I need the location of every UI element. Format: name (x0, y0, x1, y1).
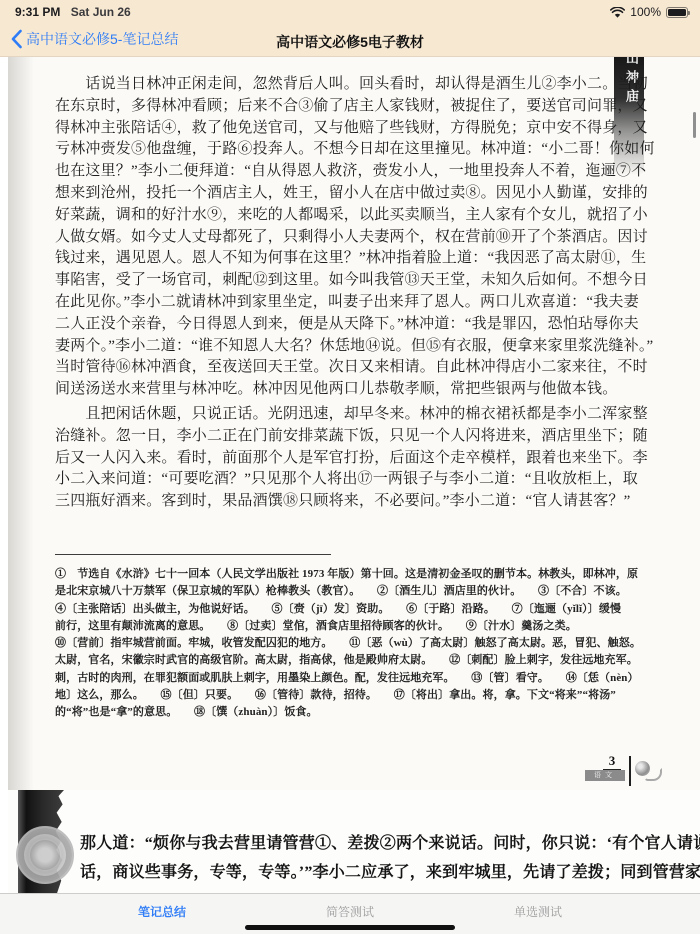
page-title: 高中语文必修5电子教材 (0, 32, 700, 52)
text-line: 话说当日林冲正闲走间，忽然背后人叫。回头看时，却认得是酒生儿②李小二。当初 (55, 74, 655, 96)
battery-percent: 100% (630, 5, 661, 19)
status-left: 9:31 PM Sat Jun 26 (15, 5, 131, 19)
circular-seal-icon (16, 826, 74, 884)
text-line: 三四瓶好酒来。客到时，果品酒馔⑱只顾将来，不必要问。”李小二道：“官人请甚客？” (55, 491, 655, 513)
footnote-line: ① 节选自《水浒》七十一回本（人民文学出版社 1973 年版）第十回。这是清初金… (55, 566, 661, 583)
tab-list: 笔记总结简答测试单选测试 (68, 894, 632, 928)
text-line: 小二入来问道：“可要吃酒？”只见那个人将出⑰一两银子与李小二道：“且收放柜上，取 (55, 469, 655, 491)
page-number: 3 (603, 753, 621, 770)
text-line: 话，商议些事务，专等，专等。’”李小二应承了，来到牢城里，先请了差拨；同到管营家 (80, 859, 680, 888)
text-line: 想来到沧州，投托一个酒店主人，姓王，留小人在店中做过卖⑧。因见小人勤谨，安排的 (55, 183, 655, 205)
text-line: 二人正没个亲眷，今日得恩人到来，便是从天降下。”林冲道：“我是罪囚，恐怕玷辱你夫 (55, 314, 655, 336)
text-line: 当时管待⑯林冲酒食，至夜送回天王堂。次日又来相请。自此林冲得店小二家来往，不时 (55, 357, 655, 379)
footnote-line: 前行，这里有颠沛流离的意思。 ⑧〔过卖〕堂倌，酒食店里招待顾客的伙计。 ⑨〔汁水… (55, 618, 661, 635)
navigation-bar: 高中语文必修5-笔记总结 高中语文必修5电子教材 (0, 24, 700, 57)
main-text-block: 话说当日林冲正闲走间，忽然背后人叫。回头看时，却认得是酒生儿②李小二。当初在东京… (55, 74, 655, 513)
text-line: 间送汤送水来营里与林冲吃。林冲因见他两口儿恭敬孝顺，常把些银两与他做本钱。 (55, 379, 655, 401)
text-line: 且把闲话休题，只说正话。光阴迅速，却早冬来。林冲的棉衣裙袄都是李小二浑家整 (55, 404, 655, 426)
tab-item[interactable]: 简答测试 (256, 894, 444, 928)
footnote-line: ⑩〔营前〕指牢城营前面。牢城，收管发配囚犯的地方。 ⑪〔恶（wù）了高太尉〕触怒… (55, 635, 661, 652)
paragraph-2: 且把闲话休题，只说正话。光阴迅速，却早冬来。林冲的棉衣裙袄都是李小二浑家整治缝补… (55, 404, 655, 513)
text-line: 后又一人闪入来。看时，前面那个人是军官打扮，后面这个走卒模样，跟着也来坐下。李 (55, 448, 655, 470)
subject-label: 语文 (585, 770, 625, 781)
document-viewport[interactable]: 山神庙 话说当日林冲正闲走间，忽然背后人叫。回头看时，却认得是酒生儿②李小二。当… (0, 57, 700, 893)
text-line: 在东京时，多得林冲看顾；后来不合③偷了店主人家钱财，被捉住了，要送官司问罪，又 (55, 96, 655, 118)
footnote-line: 的“将”也是“拿”的意思。 ⑱〔馔（zhuàn）〕饭食。 (55, 704, 661, 721)
text-line: 那人道：“烦你与我去营里请管营①、差拨②两个来说话。问时，你只说：‘有个官人请说 (80, 830, 680, 859)
tab-item[interactable]: 单选测试 (444, 894, 632, 928)
page-footer: 3 语文 (583, 753, 667, 791)
text-line: 妻两个。”李小二道：“谁不知恩人大名？休恁地⑭说。但⑮有衣服，便拿来家里浆洗缝补… (55, 336, 655, 358)
page2-text-block: 那人道：“烦你与我去营里请管营①、差拨②两个来说话。问时，你只说：‘有个官人请说… (80, 830, 680, 887)
clock: 9:31 PM (15, 5, 60, 19)
tab-item[interactable]: 笔记总结 (68, 894, 256, 928)
scrollbar-thumb[interactable] (693, 112, 696, 138)
textbook-page-1: 山神庙 话说当日林冲正闲走间，忽然背后人叫。回头看时，却认得是酒生儿②李小二。当… (8, 57, 700, 790)
paragraph-1: 话说当日林冲正闲走间，忽然背后人叫。回头看时，却认得是酒生儿②李小二。当初在东京… (55, 74, 655, 401)
footnote-divider (55, 554, 331, 555)
publisher-logo-icon (635, 761, 659, 778)
text-line: 人做女婿。如今丈人丈母都死了，只剩得小人夫妻两个，权在营前⑩开了个茶酒店。因讨 (55, 227, 655, 249)
tab-bar: 笔记总结简答测试单选测试 (0, 893, 700, 934)
app-screen: 9:31 PM Sat Jun 26 100% 高中语文必 (0, 0, 700, 934)
text-line: 钱过来，遇见恩人。恩人不知为何事在这里？”林冲指着脸上道：“我因恶了高太尉⑪，生 (55, 248, 655, 270)
textbook-page-2: 那人道：“烦你与我去营里请管营①、差拨②两个来说话。问时，你只说：‘有个官人请说… (8, 790, 700, 893)
status-date: Sat Jun 26 (71, 5, 131, 19)
text-line: 也在这里？”李小二便拜道：“自从得恩人救济，赍发小人，一地里投奔人不着，迤逦⑦不 (55, 161, 655, 183)
footnote-line: 刺，古时的肉刑，在罪犯额面或肌肤上刺字，用墨染上颜色。配，发往远地充军。 ⑬〔管… (55, 670, 661, 687)
scan-left-edge-shadow (8, 57, 34, 790)
wifi-icon (610, 7, 625, 18)
top-bars: 9:31 PM Sat Jun 26 100% 高中语文必 (0, 0, 700, 57)
footnote-line: 是北宋京城八十万禁军（保卫京城的军队）枪棒教头（教官）。 ②〔酒生儿〕酒店里的伙… (55, 583, 661, 600)
footnote-line: ④〔主张陪话〕出头做主，为他说好话。 ⑤〔赍（jī）发〕资助。 ⑥〔于路〕沿路。… (55, 601, 661, 618)
text-line: 治缝补。忽一日，李小二正在门前安排菜蔬下饭，只见一个人闪将进来，酒店里坐下；随 (55, 426, 655, 448)
footer-rule (629, 756, 631, 786)
text-line: 在此见你。”李小二就请林冲到家里坐定，叫妻子出来拜了恩人。两口儿欢喜道：“我夫妻 (55, 292, 655, 314)
text-line: 好菜蔬，调和的好汁水⑨，来吃的人都喝采，以此买卖顺当，主人家有个女儿，就招了小 (55, 205, 655, 227)
home-indicator[interactable] (245, 925, 455, 930)
battery-full-icon (666, 7, 688, 18)
footnotes-block: ① 节选自《水浒》七十一回本（人民文学出版社 1973 年版）第十回。这是清初金… (55, 566, 661, 722)
text-line: 得林冲主张陪话④，救了他免送官司，又与他赔了些钱财，方得脱免；京中安不得身，又 (55, 118, 655, 140)
footnote-line: 太尉，官名，宋徽宗时武官的高级官阶。高太尉，指高俅，他是殿帅府太尉。 ⑫〔刺配〕… (55, 652, 661, 669)
status-bar: 9:31 PM Sat Jun 26 100% (0, 0, 700, 24)
text-line: 亏林冲赍发⑤他盘缠，于路⑥投奔人。不想今日却在这里撞见。林冲道：“小二哥！你如何 (55, 139, 655, 161)
text-line: 事陷害，受了一场官司，刺配⑫到这里。如今叫我管⑬天王堂，未知久后如何。不想今日 (55, 270, 655, 292)
footnote-line: 地〕这么，那么。 ⑮〔但〕只要。 ⑯〔管待〕款待，招待。 ⑰〔将出〕拿出。将，拿… (55, 687, 661, 704)
status-right: 100% (610, 5, 688, 19)
